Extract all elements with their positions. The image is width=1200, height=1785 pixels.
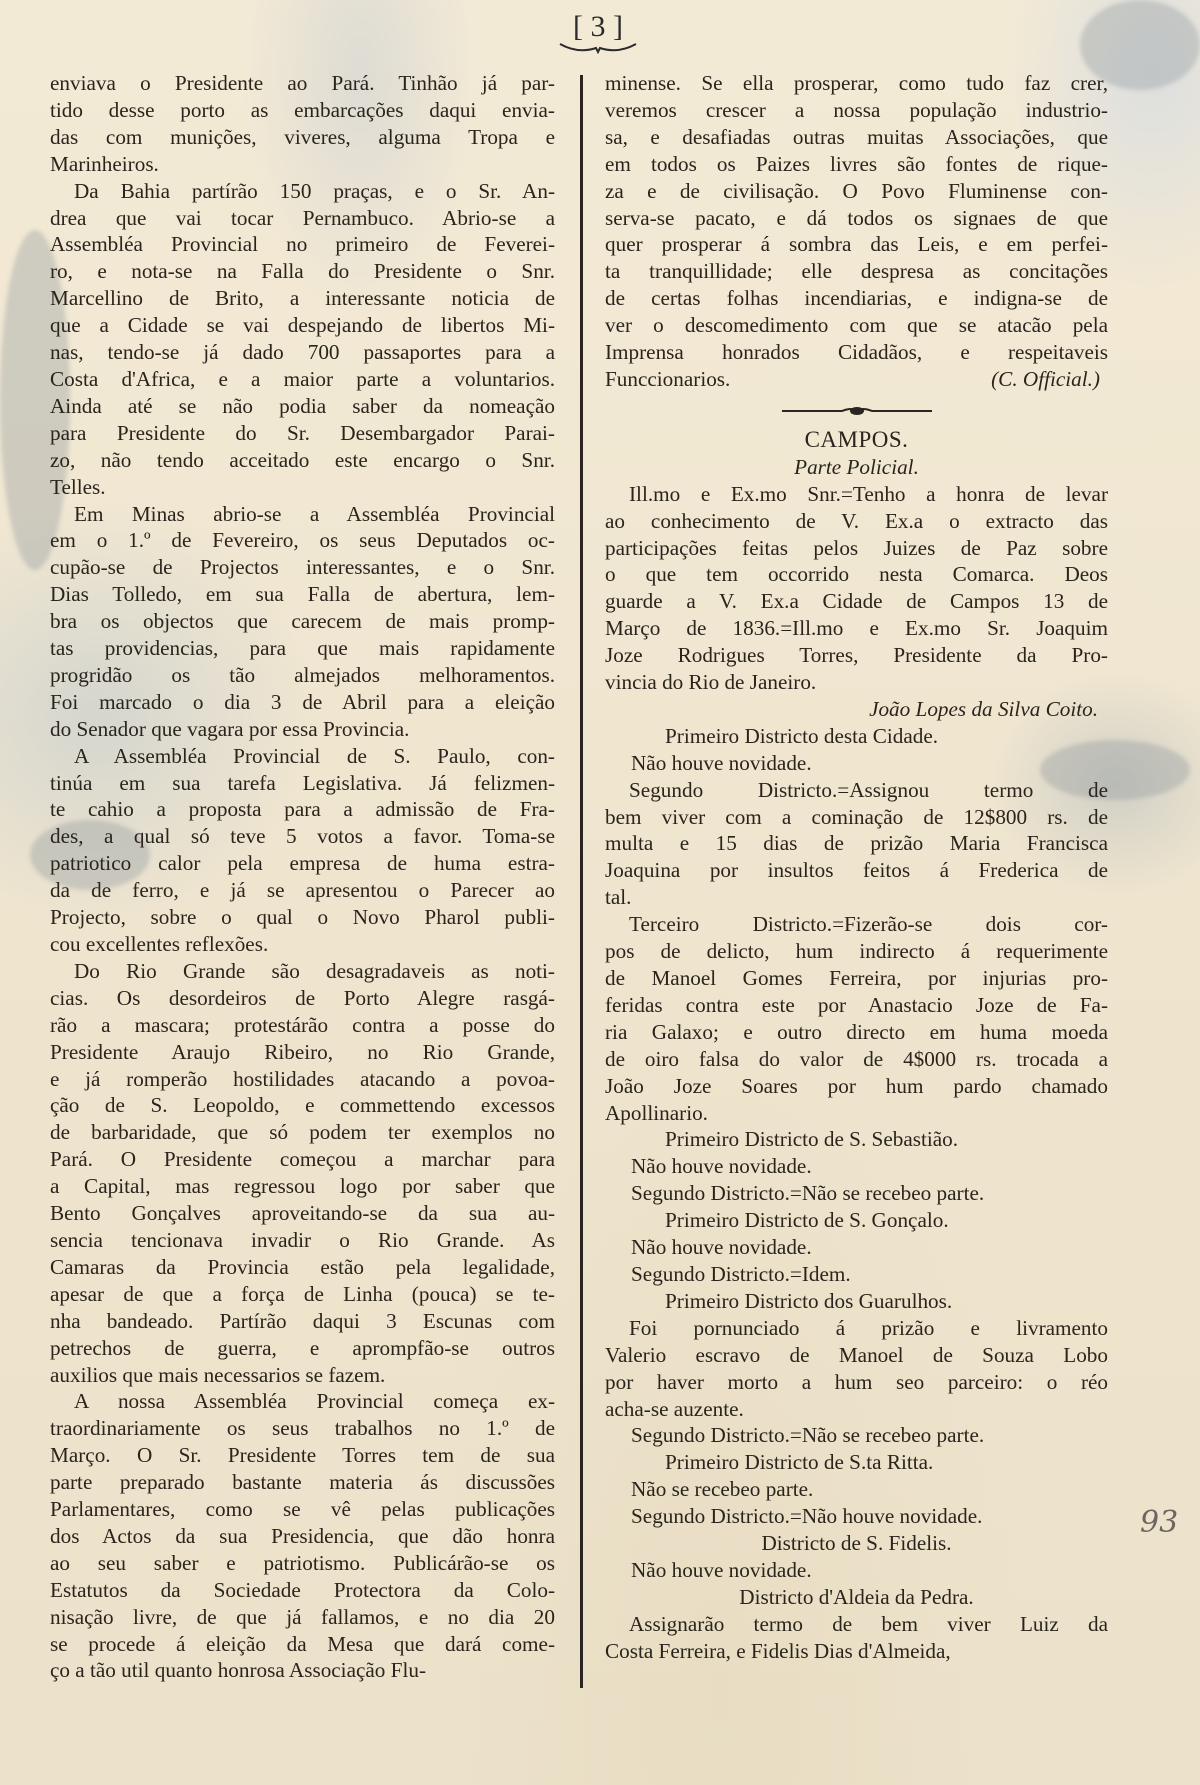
paragraph: Em Minas abrio-se a Assembléa Provincial…: [50, 501, 555, 743]
district-heading: Districto de S. Fidelis.: [605, 1530, 1108, 1557]
text-line: se procede á eleição da Mesa que dará co…: [50, 1631, 555, 1658]
text-line: Estatutos da Sociedade Protectora da Col…: [50, 1577, 555, 1604]
text-line: Assignarão termo de bem viver Luiz da: [605, 1611, 1108, 1638]
text-line: para Presidente do Sr. Desembargador Par…: [50, 420, 555, 447]
text-line: auxilios que mais necessarios se fazem.: [50, 1362, 555, 1389]
report-note: Não houve novidade.: [605, 1557, 1108, 1584]
text-line: Joze Rodrigues Torres, Presidente da Pro…: [605, 642, 1108, 669]
column-rule: [580, 75, 583, 1688]
text-line: Foi pornunciado á prizão e livramento: [605, 1315, 1108, 1342]
text-line: Valerio escravo de Manoel de Souza Lobo: [605, 1342, 1108, 1369]
text-line: Terceiro Districto.=Fizerão-se dois cor-: [605, 911, 1108, 938]
text-line: veremos crescer a nossa população indust…: [605, 97, 1108, 124]
paragraph: A Assembléa Provincial de S. Paulo, con-…: [50, 743, 555, 958]
paragraph: Da Bahia partírão 150 praças, e o Sr. An…: [50, 178, 555, 501]
text-line: Assembléa Provincial no primeiro de Feve…: [50, 231, 555, 258]
text-line: por haver morto a hum seo parceiro: o ré…: [605, 1369, 1108, 1396]
district-heading: Primeiro Districto dos Guarulhos.: [605, 1288, 1108, 1315]
report-note: Não houve novidade.: [605, 1234, 1108, 1261]
paragraph: enviava o Presidente ao Pará. Tinhão já …: [50, 70, 555, 178]
text-line: sencia tencionava invadir o Rio Grande. …: [50, 1227, 555, 1254]
text-line: enviava o Presidente ao Pará. Tinhão já …: [50, 70, 555, 97]
report-note: Não se recebeo parte.: [605, 1476, 1108, 1503]
report-note: Não houve novidade.: [605, 1153, 1108, 1180]
district-heading: Primeiro Districto de S. Sebastião.: [605, 1126, 1108, 1153]
text-line: drea que vai tocar Pernambuco. Abrio-se …: [50, 205, 555, 232]
report-paragraph: Terceiro Districto.=Fizerão-se dois cor-…: [605, 911, 1108, 1126]
report-note: Segundo Districto.=Não houve novidade.: [605, 1503, 1108, 1530]
text-line: Projecto, sobre o qual o Novo Pharol pub…: [50, 904, 555, 931]
text-line: Dias Tolledo, em sua Falla de abertura, …: [50, 581, 555, 608]
text-line: pos de delicto, hum indirecto á requerim…: [605, 938, 1108, 965]
district-heading: Districto d'Aldeia da Pedra.: [605, 1584, 1108, 1611]
text-line: tal.: [605, 884, 1108, 911]
text-line: Apollinario.: [605, 1100, 1108, 1127]
text-line: petrechos de guerra, e aprompfão-se outr…: [50, 1335, 555, 1362]
text-line: Presidente Araujo Ribeiro, no Rio Grande…: [50, 1039, 555, 1066]
text-line: traordinariamente os seus trabalhos no 1…: [50, 1415, 555, 1442]
text-line: vincia do Rio de Janeiro.: [605, 669, 1108, 696]
text-line: de Manoel Gomes Ferreira, por injurias p…: [605, 965, 1108, 992]
text-line: apesar de que a força de Linha (pouca) s…: [50, 1281, 555, 1308]
report-note: Segundo Districto.=Não se recebeo parte.: [605, 1422, 1108, 1449]
text-line: ver o descomedimento com que se atacão p…: [605, 312, 1108, 339]
text-line: ço a tão util quanto honrosa Associação …: [50, 1657, 555, 1684]
text-line: Parlamentares, como se vê pelas publicaç…: [50, 1496, 555, 1523]
text-line: Joaquina por insultos feitos á Frederica…: [605, 857, 1108, 884]
page-number-value: 3: [591, 10, 606, 43]
page-number: [ 3 ]: [548, 12, 648, 54]
text-line: Segundo Districto.=Assignou termo de: [605, 777, 1108, 804]
divider-ornament-icon: [777, 403, 937, 419]
text-line: rão a mascara; protestárão contra a poss…: [50, 1012, 555, 1039]
paragraph: Do Rio Grande são desagradaveis as noti-…: [50, 958, 555, 1389]
official-letter: Ill.mo e Ex.mo Snr.=Tenho a honra de lev…: [605, 481, 1108, 696]
paragraph: A nossa Assembléa Provincial começa ex-t…: [50, 1388, 555, 1684]
section-title: CAMPOS.: [605, 427, 1108, 454]
text-line: de oiro falsa do valor de 4$000 rs. troc…: [605, 1046, 1108, 1073]
text-line: Bento Gonçalves aproveitando-se da sua a…: [50, 1200, 555, 1227]
text-line: Em Minas abrio-se a Assembléa Provincial: [50, 501, 555, 528]
article-continuation: minense. Se ella prosperar, como tudo fa…: [605, 70, 1108, 366]
text-line: Do Rio Grande são desagradaveis as noti-: [50, 958, 555, 985]
final-word: Funccionarios.: [605, 366, 730, 393]
text-line: Costa d'Africa, e a maior parte a volunt…: [50, 366, 555, 393]
letter-signature: João Lopes da Silva Coito.: [605, 696, 1108, 723]
text-line: participações feitas pelos Juizes de Paz…: [605, 535, 1108, 562]
text-line: João Joze Soares por hum pardo chamado: [605, 1073, 1108, 1100]
text-line: Ill.mo e Ex.mo Snr.=Tenho a honra de lev…: [605, 481, 1108, 508]
text-line: Pará. O Presidente começou a marchar par…: [50, 1146, 555, 1173]
text-line: feridas contra este por Anastacio Joze d…: [605, 992, 1108, 1019]
text-line: A nossa Assembléa Provincial começa ex-: [50, 1388, 555, 1415]
text-line: da de ferro, e já se apresentou o Parece…: [50, 877, 555, 904]
text-line: ria Galaxo; e outro directo em huma moed…: [605, 1019, 1108, 1046]
text-line: des, a qual só teve 5 votos a favor. Tom…: [50, 823, 555, 850]
text-line: progridão os tão almejados melhoramentos…: [50, 662, 555, 689]
report-note: Não houve novidade.: [605, 750, 1108, 777]
text-line: que a Cidade se vai despejando de libert…: [50, 312, 555, 339]
text-line: Imprensa honrados Cidadãos, e respeitave…: [605, 339, 1108, 366]
text-line: bra os objectos que carecem de mais prom…: [50, 608, 555, 635]
text-line: Camaras da Provincia estão pela legalida…: [50, 1254, 555, 1281]
text-line: tinúa em sua tarefa Legislativa. Já feli…: [50, 770, 555, 797]
report-note: Segundo Districto.=Idem.: [605, 1261, 1108, 1288]
text-line: Ainda até se não podia saber da nomeação: [50, 393, 555, 420]
text-line: em o 1.º de Fevereiro, os seus Deputados…: [50, 527, 555, 554]
left-column: enviava o Presidente ao Pará. Tinhão já …: [50, 70, 555, 1684]
section-subtitle: Parte Policial.: [605, 454, 1108, 481]
text-line: tas providencias, para que mais rapidame…: [50, 635, 555, 662]
text-line: de barbaridade, que só podem ter exemplo…: [50, 1119, 555, 1146]
text-line: guarde a V. Ex.a Cidade de Campos 13 de: [605, 588, 1108, 615]
district-heading: Primeiro Districto de S. Gonçalo.: [605, 1207, 1108, 1234]
text-line: multa e 15 dias de prizão Maria Francisc…: [605, 830, 1108, 857]
text-line: minense. Se ella prosperar, como tudo fa…: [605, 70, 1108, 97]
text-line: Da Bahia partírão 150 praças, e o Sr. An…: [50, 178, 555, 205]
text-line: te cahio a proposta para a admissão de F…: [50, 796, 555, 823]
text-line: o que tem occorrido nesta Comarca. Deos: [605, 561, 1108, 588]
text-line: nisação livre, de que já fallamos, e no …: [50, 1604, 555, 1631]
text-line: cias. Os desordeiros de Porto Alegre ras…: [50, 985, 555, 1012]
text-line: ção de S. Leopoldo, e commettendo excess…: [50, 1092, 555, 1119]
text-line: ta tranquillidade; elle despresa as conc…: [605, 258, 1108, 285]
text-line: ro, e nota-se na Falla do Presidente o S…: [50, 258, 555, 285]
district-heading: Primeiro Districto de S.ta Ritta.: [605, 1449, 1108, 1476]
report-paragraph: Assignarão termo de bem viver Luiz daCos…: [605, 1611, 1108, 1665]
text-line: Março de 1836.=Ill.mo e Ex.mo Sr. Joaqui…: [605, 615, 1108, 642]
text-line: A Assembléa Provincial de S. Paulo, con-: [50, 743, 555, 770]
text-line: do Senador que vagara por essa Provincia…: [50, 716, 555, 743]
text-line: a Capital, mas regressou logo por saber …: [50, 1173, 555, 1200]
article-source: (C. Official.): [991, 366, 1108, 393]
text-line: em todos os Paizes livres são fontes de …: [605, 151, 1108, 178]
text-line: Costa Ferreira, e Fidelis Dias d'Almeida…: [605, 1638, 1108, 1665]
text-line: parte preparado bastante materia ás disc…: [50, 1469, 555, 1496]
text-line: serva-se pacato, e dá todos os signaes d…: [605, 205, 1108, 232]
text-line: patriotico calor pela empresa de huma es…: [50, 850, 555, 877]
article-final-line: Funccionarios. (C. Official.): [605, 366, 1108, 393]
text-line: bem viver com a cominação de 12$800 rs. …: [605, 804, 1108, 831]
police-reports: Primeiro Districto desta Cidade.Não houv…: [605, 723, 1108, 1665]
text-line: de certas folhas incendiarias, e indigna…: [605, 285, 1108, 312]
text-line: acha-se auzente.: [605, 1396, 1108, 1423]
text-line: zo, não tendo acceitado este encargo o S…: [50, 447, 555, 474]
district-heading: Primeiro Districto desta Cidade.: [605, 723, 1108, 750]
text-line: sa, e desafiadas outras muitas Associaçõ…: [605, 124, 1108, 151]
text-line: quer prosperar á sombra das Leis, e em p…: [605, 231, 1108, 258]
text-line: Marinheiros.: [50, 151, 555, 178]
right-column: minense. Se ella prosperar, como tudo fa…: [605, 70, 1108, 1665]
text-line: tido desse porto as embarcações daqui en…: [50, 97, 555, 124]
text-line: za e de civilisação. O Povo Fluminense c…: [605, 178, 1108, 205]
text-line: Março. O Sr. Presidente Torres tem de su…: [50, 1442, 555, 1469]
text-line: Telles.: [50, 474, 555, 501]
text-line: cou excellentes reflexões.: [50, 931, 555, 958]
text-line: nas, tendo-se já dado 700 passaportes pa…: [50, 339, 555, 366]
text-line: Foi marcado o dia 3 de Abril para a elei…: [50, 689, 555, 716]
text-line: Marcellino de Brito, a interessante noti…: [50, 285, 555, 312]
text-line: ao conhecimento de V. Ex.a o extracto da…: [605, 508, 1108, 535]
text-line: cupão-se de Projectos interessantes, e o…: [50, 554, 555, 581]
report-paragraph: Foi pornunciado á prizão e livramentoVal…: [605, 1315, 1108, 1423]
report-note: Segundo Districto.=Não se recebeo parte.: [605, 1180, 1108, 1207]
handwritten-margin-note: 93: [1140, 1505, 1178, 1540]
text-line: dos Actos da sua Presidencia, que dão ho…: [50, 1523, 555, 1550]
text-line: das com munições, viveres, alguma Tropa …: [50, 124, 555, 151]
text-line: nha bandeado. Partírão daqui 3 Escunas c…: [50, 1308, 555, 1335]
text-line: e já romperão hostilidades atacando a po…: [50, 1066, 555, 1093]
text-line: ao seu saber e patriotismo. Publicárão-s…: [50, 1550, 555, 1577]
report-paragraph: Segundo Districto.=Assignou termo debem …: [605, 777, 1108, 912]
